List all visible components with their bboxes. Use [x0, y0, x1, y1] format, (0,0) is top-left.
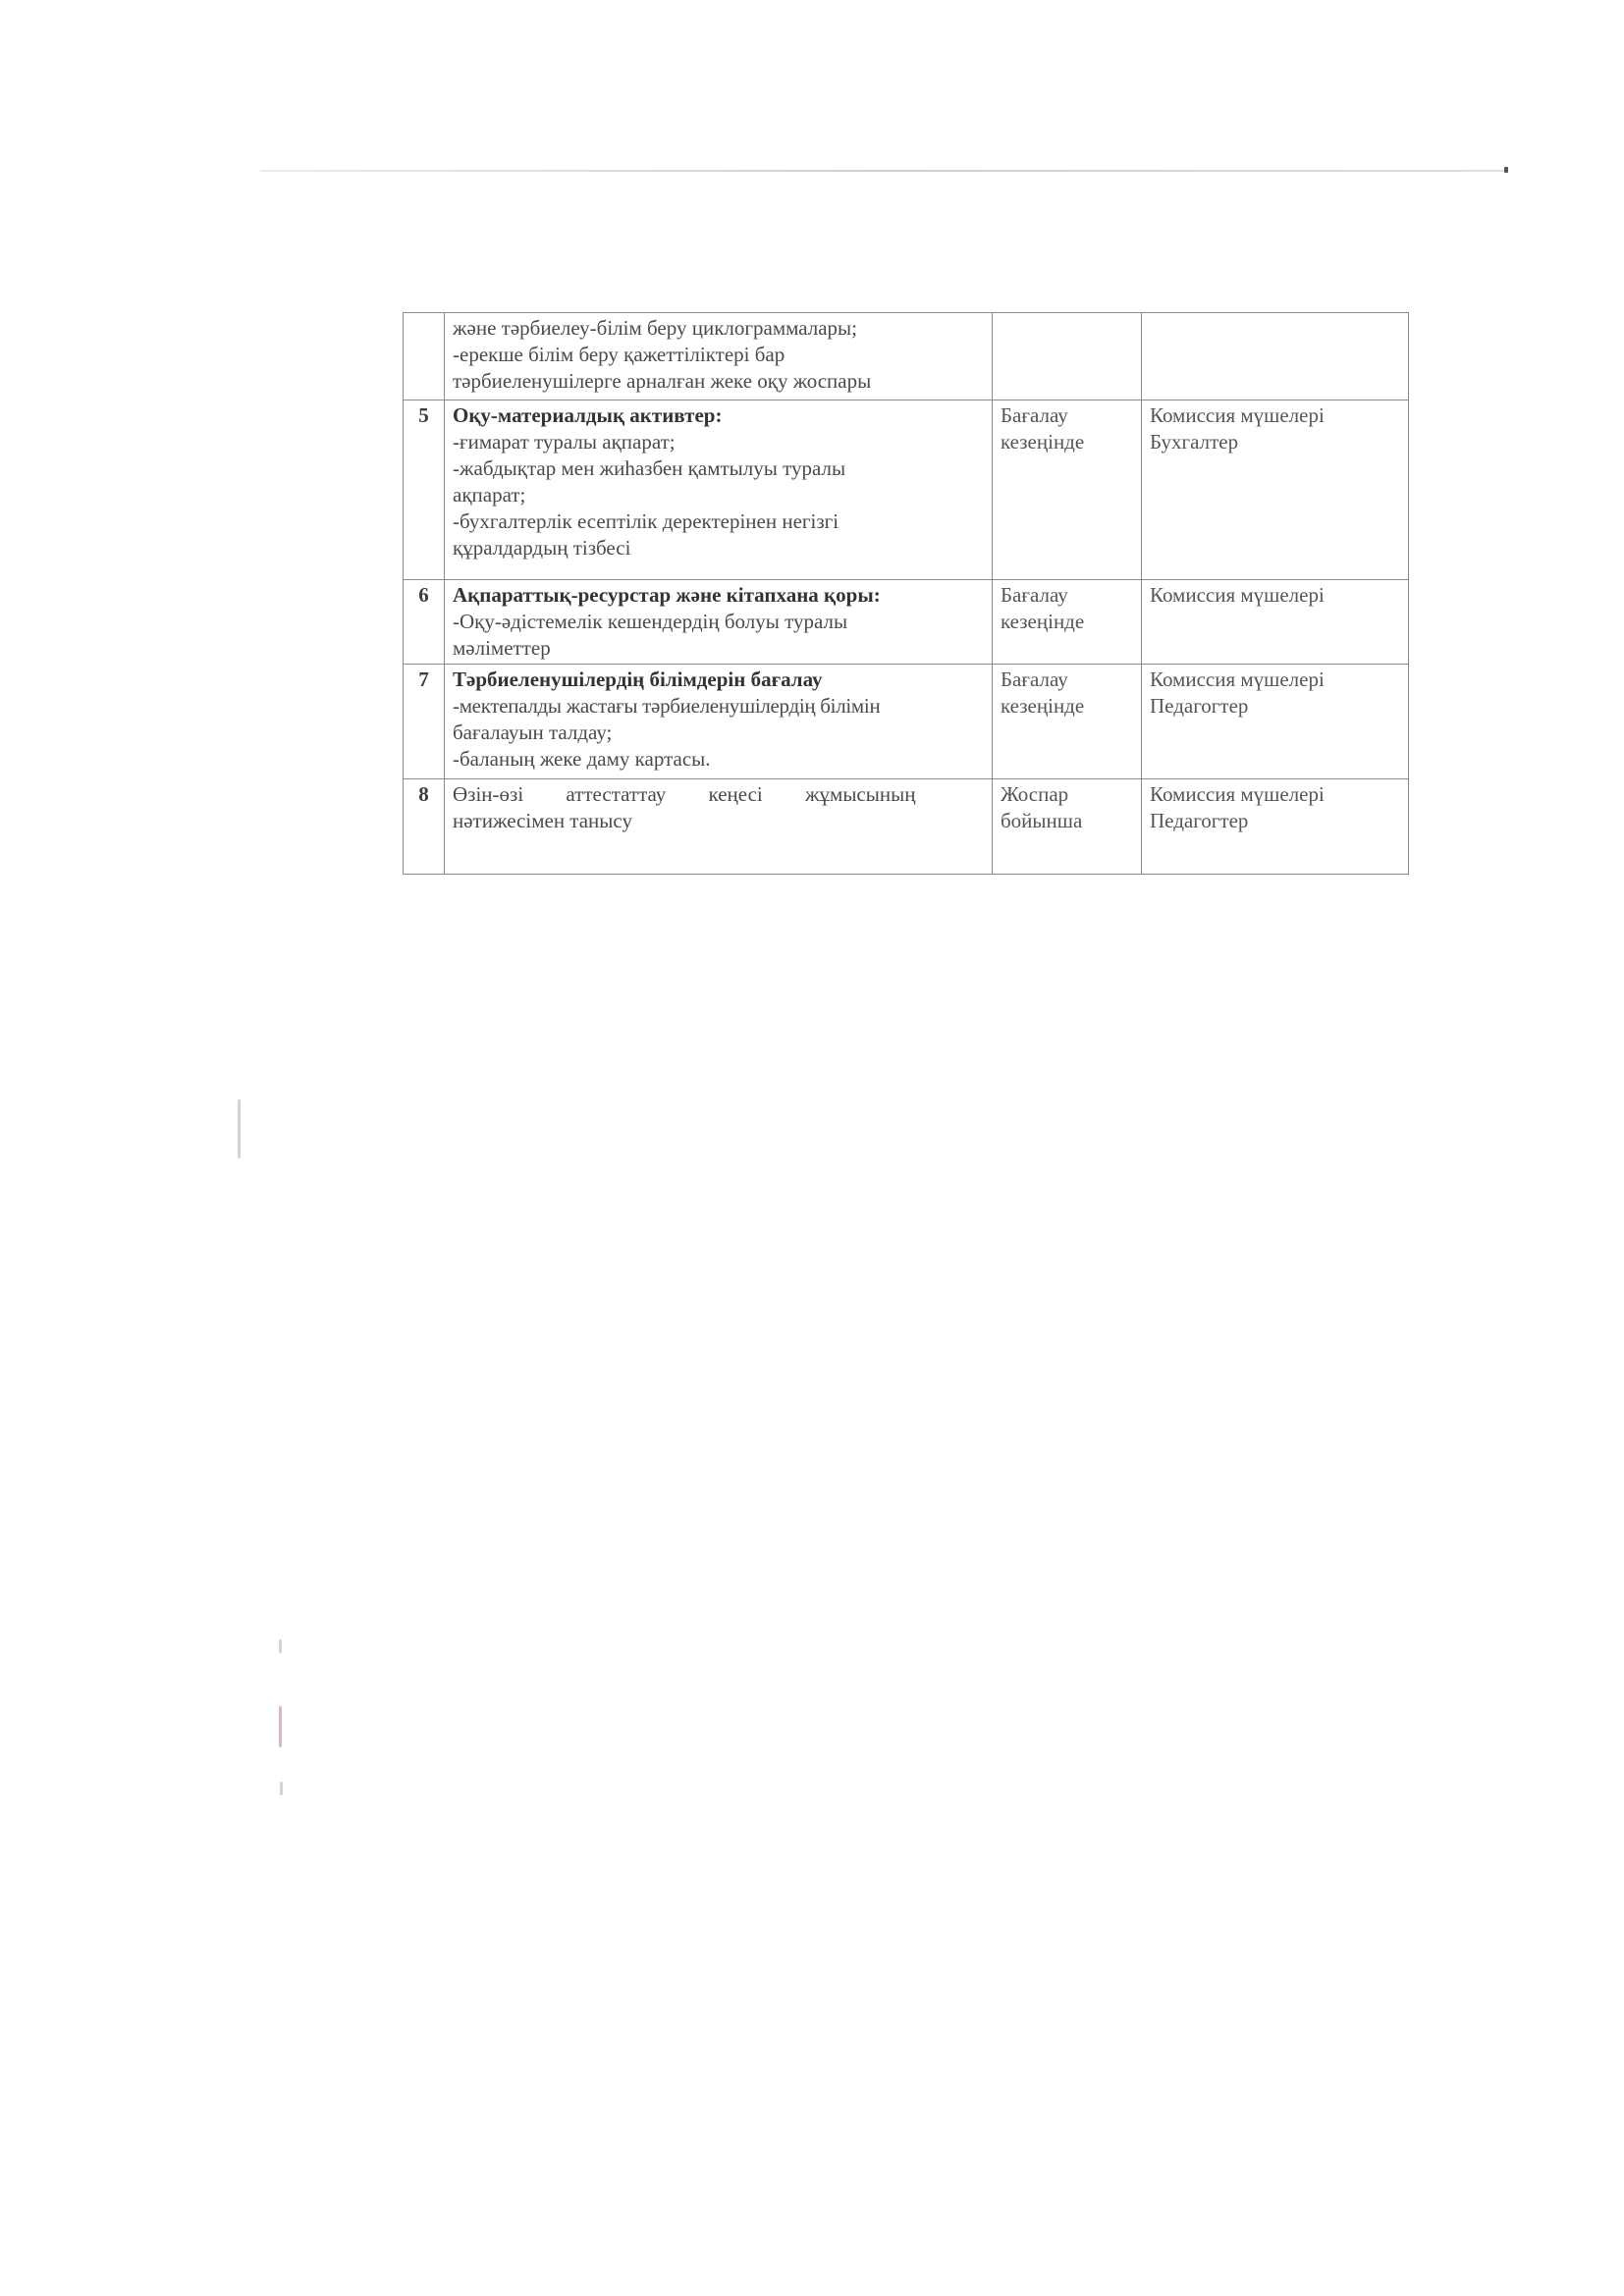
content-line: құралдардың тізбесі [453, 535, 984, 561]
row-responsible: Комиссия мүшелері Бухгалтер [1142, 400, 1409, 580]
responsible-line: Комиссия мүшелері [1150, 667, 1400, 693]
scan-artifact-mark [280, 1782, 283, 1795]
scan-artifact-mark [279, 1706, 282, 1747]
row-number [404, 313, 445, 400]
content-line: және тәрбиелеу-білім беру циклограммалар… [453, 315, 984, 342]
row-period: Бағалау кезеңінде [993, 665, 1142, 779]
row-content: Тәрбиеленушілердің білімдерін бағалау -м… [445, 665, 993, 779]
scan-artifact-dot [1504, 167, 1508, 173]
content-line: мәліметтер [453, 635, 984, 662]
content-line: Өзін-өзі аттестаттау кеңесі жұмысының [453, 781, 984, 808]
responsible-line: Бухгалтер [1150, 429, 1400, 455]
table-row: және тәрбиелеу-білім беру циклограммалар… [404, 313, 1409, 400]
row-responsible: Комиссия мүшелері [1142, 580, 1409, 665]
row-content: Оқу-материалдық активтер: -ғимарат турал… [445, 400, 993, 580]
responsible-line: Педагогтер [1150, 808, 1400, 834]
scan-artifact-mark [238, 1099, 241, 1158]
self-assessment-plan-table: және тәрбиелеу-білім беру циклограммалар… [403, 312, 1409, 875]
content-line: бағалауын талдау; [453, 720, 984, 746]
period-line: Бағалау [1001, 582, 1133, 609]
row-responsible [1142, 313, 1409, 400]
content-line: нәтижесімен танысу [453, 808, 984, 834]
table-row: 7 Тәрбиеленушілердің білімдерін бағалау … [404, 665, 1409, 779]
content-line: -ғимарат туралы ақпарат; [453, 429, 984, 455]
responsible-line: Педагогтер [1150, 693, 1400, 720]
row-period: Бағалау кезеңінде [993, 400, 1142, 580]
table-row: 5 Оқу-материалдық активтер: -ғимарат тур… [404, 400, 1409, 580]
row-content: және тәрбиелеу-білім беру циклограммалар… [445, 313, 993, 400]
row-period: Бағалау кезеңінде [993, 580, 1142, 665]
table-row: 6 Ақпараттық-ресурстар және кітапхана қо… [404, 580, 1409, 665]
content-line: -Оқу-әдістемелік кешендердің болуы турал… [453, 609, 984, 635]
row-responsible: Комиссия мүшелері Педагогтер [1142, 779, 1409, 875]
row-content: Ақпараттық-ресурстар және кітапхана қоры… [445, 580, 993, 665]
row-heading: Ақпараттық-ресурстар және кітапхана қоры… [453, 582, 984, 609]
period-line: кезеңінде [1001, 429, 1133, 455]
content-line: -ерекше білім беру қажеттіліктері бар [453, 342, 984, 368]
content-line: -мектепалды жастағы тәрбиеленушілердің б… [453, 693, 984, 720]
scan-artifact-mark [279, 1639, 282, 1653]
row-period [993, 313, 1142, 400]
period-line: Жоспар [1001, 781, 1133, 808]
row-number: 6 [404, 580, 445, 665]
row-heading: Оқу-материалдық активтер: [453, 402, 984, 429]
row-period: Жоспар бойынша [993, 779, 1142, 875]
period-line: Бағалау [1001, 402, 1133, 429]
period-line: кезеңінде [1001, 693, 1133, 720]
period-line: бойынша [1001, 808, 1133, 834]
row-heading: Тәрбиеленушілердің білімдерін бағалау [453, 667, 984, 693]
row-responsible: Комиссия мүшелері Педагогтер [1142, 665, 1409, 779]
content-line: -баланың жеке даму картасы. [453, 746, 984, 773]
responsible-line: Комиссия мүшелері [1150, 781, 1400, 808]
period-line: Бағалау [1001, 667, 1133, 693]
row-number: 7 [404, 665, 445, 779]
content-line: -жабдықтар мен жиһазбен қамтылуы туралы [453, 455, 984, 482]
content-line: тәрбиеленушілерге арналған жеке оқу жосп… [453, 368, 984, 395]
responsible-line: Комиссия мүшелері [1150, 582, 1400, 609]
responsible-line: Комиссия мүшелері [1150, 402, 1400, 429]
row-number: 5 [404, 400, 445, 580]
content-line: -бухгалтерлік есептілік деректерінен нег… [453, 508, 984, 535]
content-line: ақпарат; [453, 482, 984, 508]
row-number: 8 [404, 779, 445, 875]
scan-artifact-line [260, 170, 1507, 172]
period-line: кезеңінде [1001, 609, 1133, 635]
row-content: Өзін-өзі аттестаттау кеңесі жұмысының нә… [445, 779, 993, 875]
table-row: 8 Өзін-өзі аттестаттау кеңесі жұмысының … [404, 779, 1409, 875]
